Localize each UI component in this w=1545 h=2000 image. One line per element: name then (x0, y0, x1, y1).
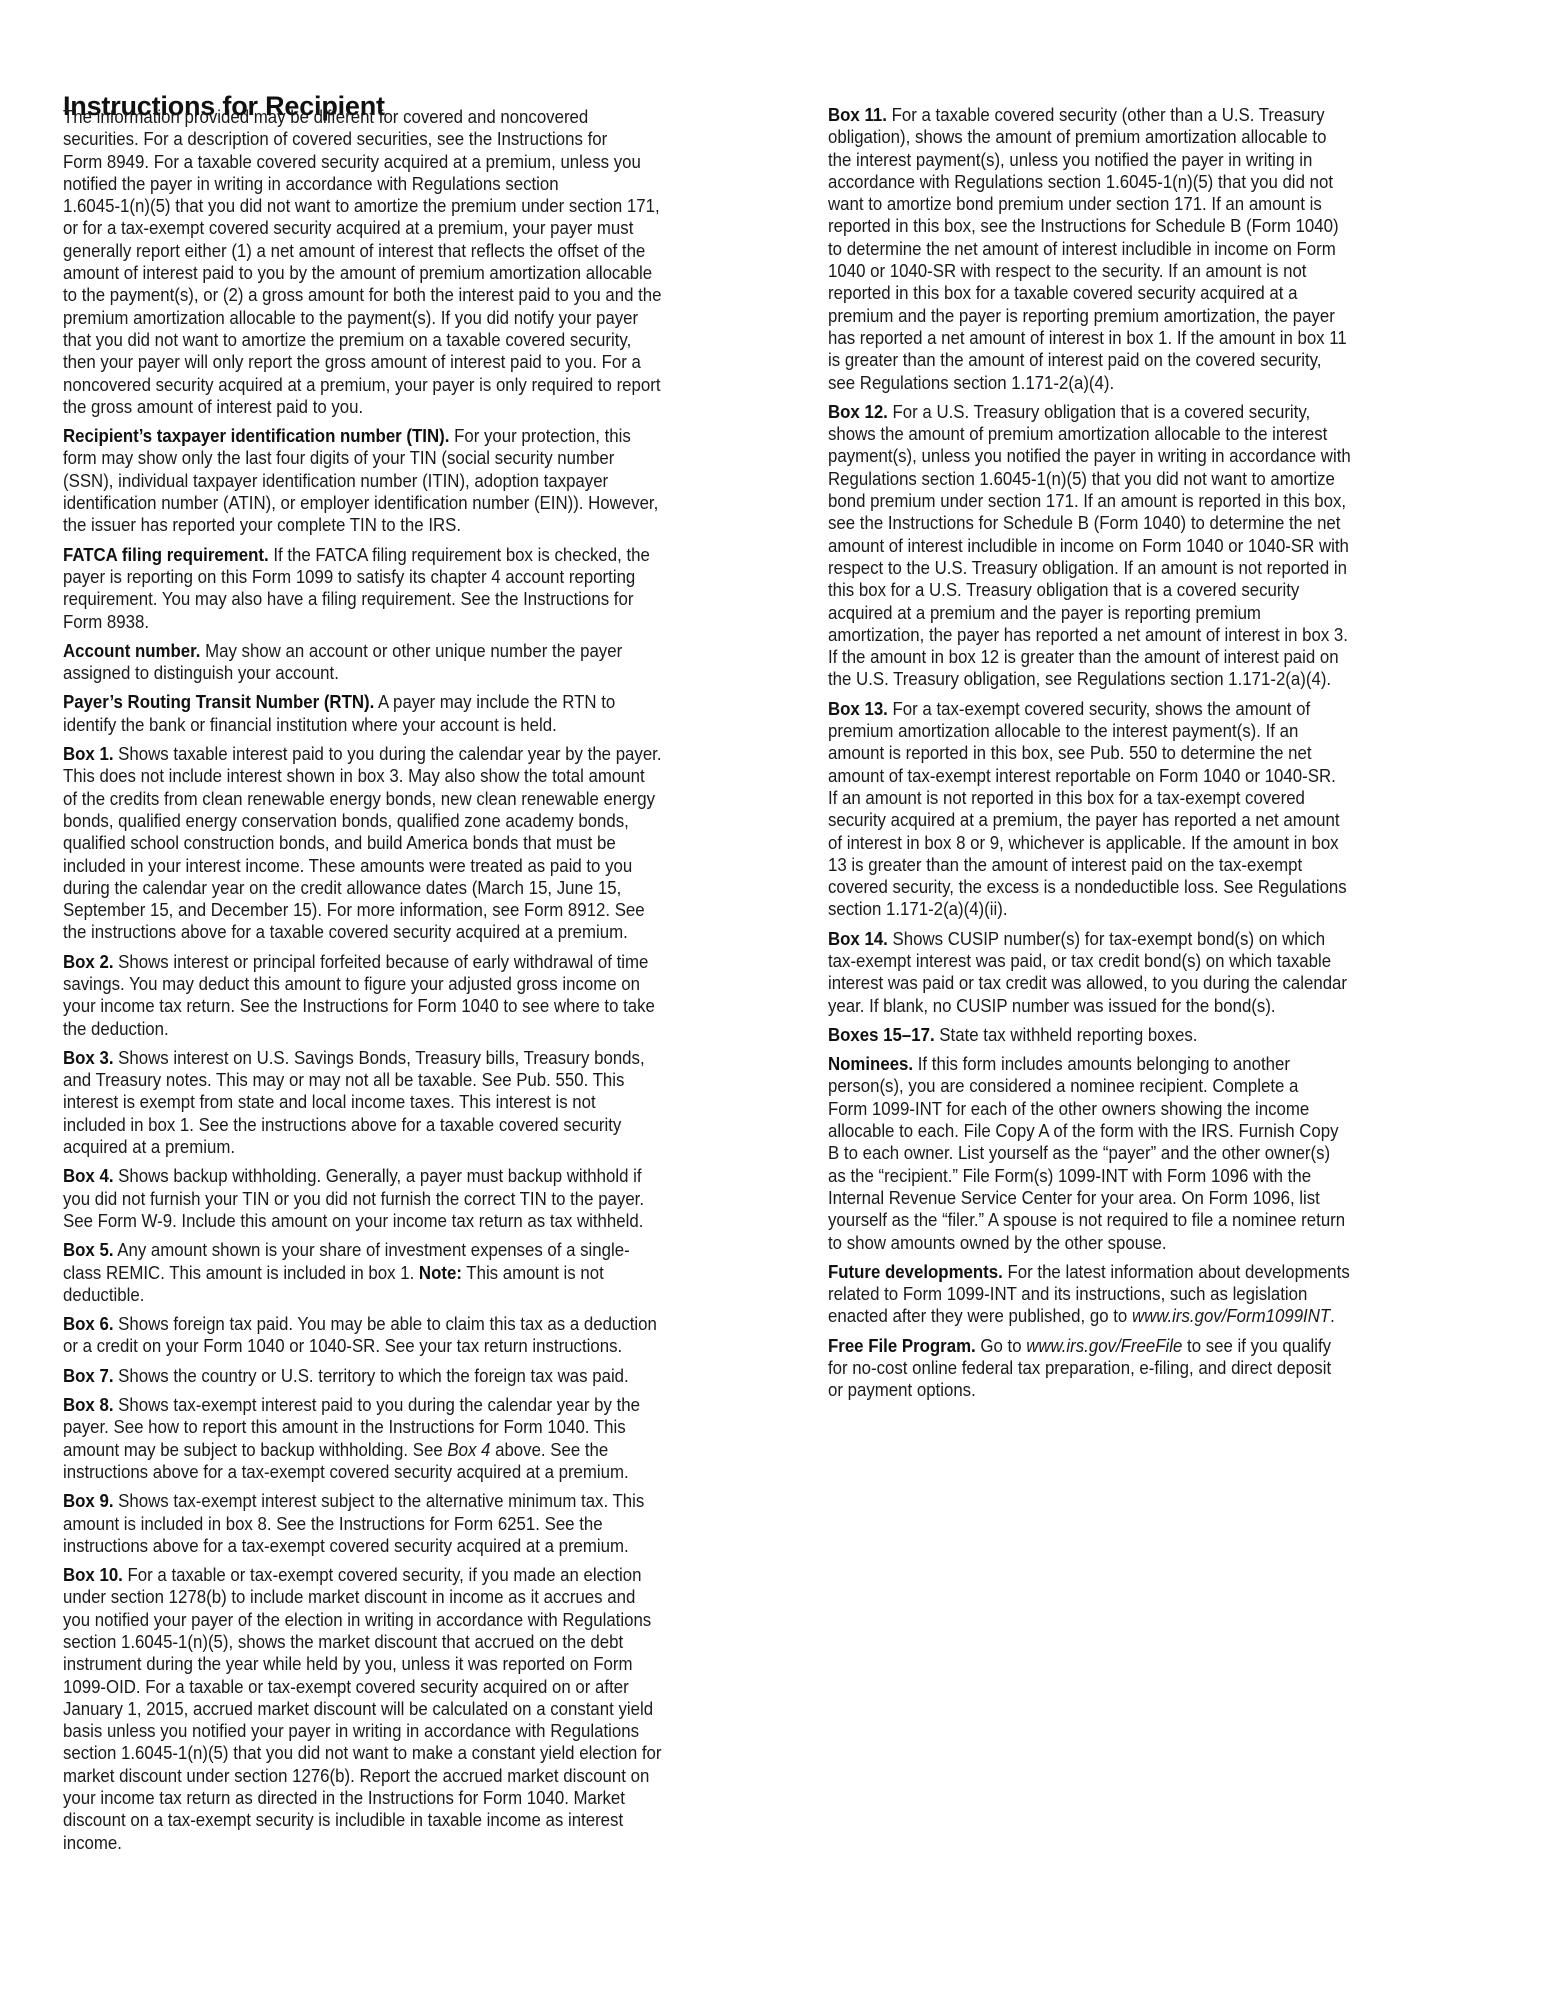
account-number-paragraph: Account number. May show an account or o… (63, 640, 783, 685)
freefile-link[interactable]: www.irs.gov/FreeFile (1026, 1336, 1182, 1356)
box-7-paragraph: Box 7. Shows the country or U.S. territo… (63, 1365, 783, 1387)
right-column: Box 11. For a taxable covered security (… (828, 104, 1528, 1409)
box-11-paragraph: Box 11. For a taxable covered security (… (828, 104, 1528, 394)
box-3-paragraph: Box 3. Shows interest on U.S. Savings Bo… (63, 1047, 783, 1158)
fatca-paragraph: FATCA filing requirement. If the FATCA f… (63, 544, 783, 633)
box-7-heading: Box 7. (63, 1366, 113, 1386)
box-4-reference: Box 4 (447, 1440, 490, 1460)
box-13-paragraph: Box 13. For a tax-exempt covered securit… (828, 698, 1528, 921)
left-column: The information provided may be differen… (63, 106, 783, 1861)
boxes-15-17-heading: Boxes 15–17. (828, 1025, 935, 1045)
box-10-heading: Box 10. (63, 1565, 123, 1585)
box-9-paragraph: Box 9. Shows tax-exempt interest subject… (63, 1490, 783, 1557)
future-developments-paragraph: Future developments. For the latest info… (828, 1261, 1528, 1328)
form1099int-link[interactable]: www.irs.gov/Form1099INT (1132, 1306, 1330, 1326)
box-4-heading: Box 4. (63, 1166, 113, 1186)
free-file-heading: Free File Program. (828, 1336, 976, 1356)
intro-paragraph: The information provided may be differen… (63, 106, 783, 418)
box-8-heading: Box 8. (63, 1395, 113, 1415)
box-14-paragraph: Box 14. Shows CUSIP number(s) for tax-ex… (828, 928, 1528, 1017)
box-5-heading: Box 5. (63, 1240, 113, 1260)
nominees-paragraph: Nominees. If this form includes amounts … (828, 1053, 1528, 1254)
box-9-heading: Box 9. (63, 1491, 113, 1511)
rtn-heading: Payer’s Routing Transit Number (RTN). (63, 692, 374, 712)
box-8-paragraph: Box 8. Shows tax-exempt interest paid to… (63, 1394, 783, 1483)
box-12-paragraph: Box 12. For a U.S. Treasury obligation t… (828, 401, 1528, 691)
box-2-paragraph: Box 2. Shows interest or principal forfe… (63, 951, 783, 1040)
box-5-paragraph: Box 5. Any amount shown is your share of… (63, 1239, 783, 1306)
box-1-paragraph: Box 1. Shows taxable interest paid to yo… (63, 743, 783, 944)
rtn-paragraph: Payer’s Routing Transit Number (RTN). A … (63, 691, 783, 736)
box-12-heading: Box 12. (828, 402, 888, 422)
box-2-heading: Box 2. (63, 952, 113, 972)
box-6-heading: Box 6. (63, 1314, 113, 1334)
note-label: Note: (419, 1263, 462, 1283)
box-3-heading: Box 3. (63, 1048, 113, 1068)
tin-paragraph: Recipient’s taxpayer identification numb… (63, 425, 783, 536)
box-14-heading: Box 14. (828, 929, 888, 949)
box-10-paragraph: Box 10. For a taxable or tax-exempt cove… (63, 1564, 783, 1854)
boxes-15-17-paragraph: Boxes 15–17. State tax withheld reportin… (828, 1024, 1528, 1046)
nominees-heading: Nominees. (828, 1054, 913, 1074)
box-4-paragraph: Box 4. Shows backup withholding. General… (63, 1165, 783, 1232)
free-file-paragraph: Free File Program. Go to www.irs.gov/Fre… (828, 1335, 1528, 1402)
tin-heading: Recipient’s taxpayer identification numb… (63, 426, 449, 446)
box-11-heading: Box 11. (828, 105, 887, 125)
account-number-heading: Account number. (63, 641, 200, 661)
fatca-heading: FATCA filing requirement. (63, 545, 269, 565)
future-developments-heading: Future developments. (828, 1262, 1003, 1282)
box-1-heading: Box 1. (63, 744, 113, 764)
box-13-heading: Box 13. (828, 699, 888, 719)
box-6-paragraph: Box 6. Shows foreign tax paid. You may b… (63, 1313, 783, 1358)
